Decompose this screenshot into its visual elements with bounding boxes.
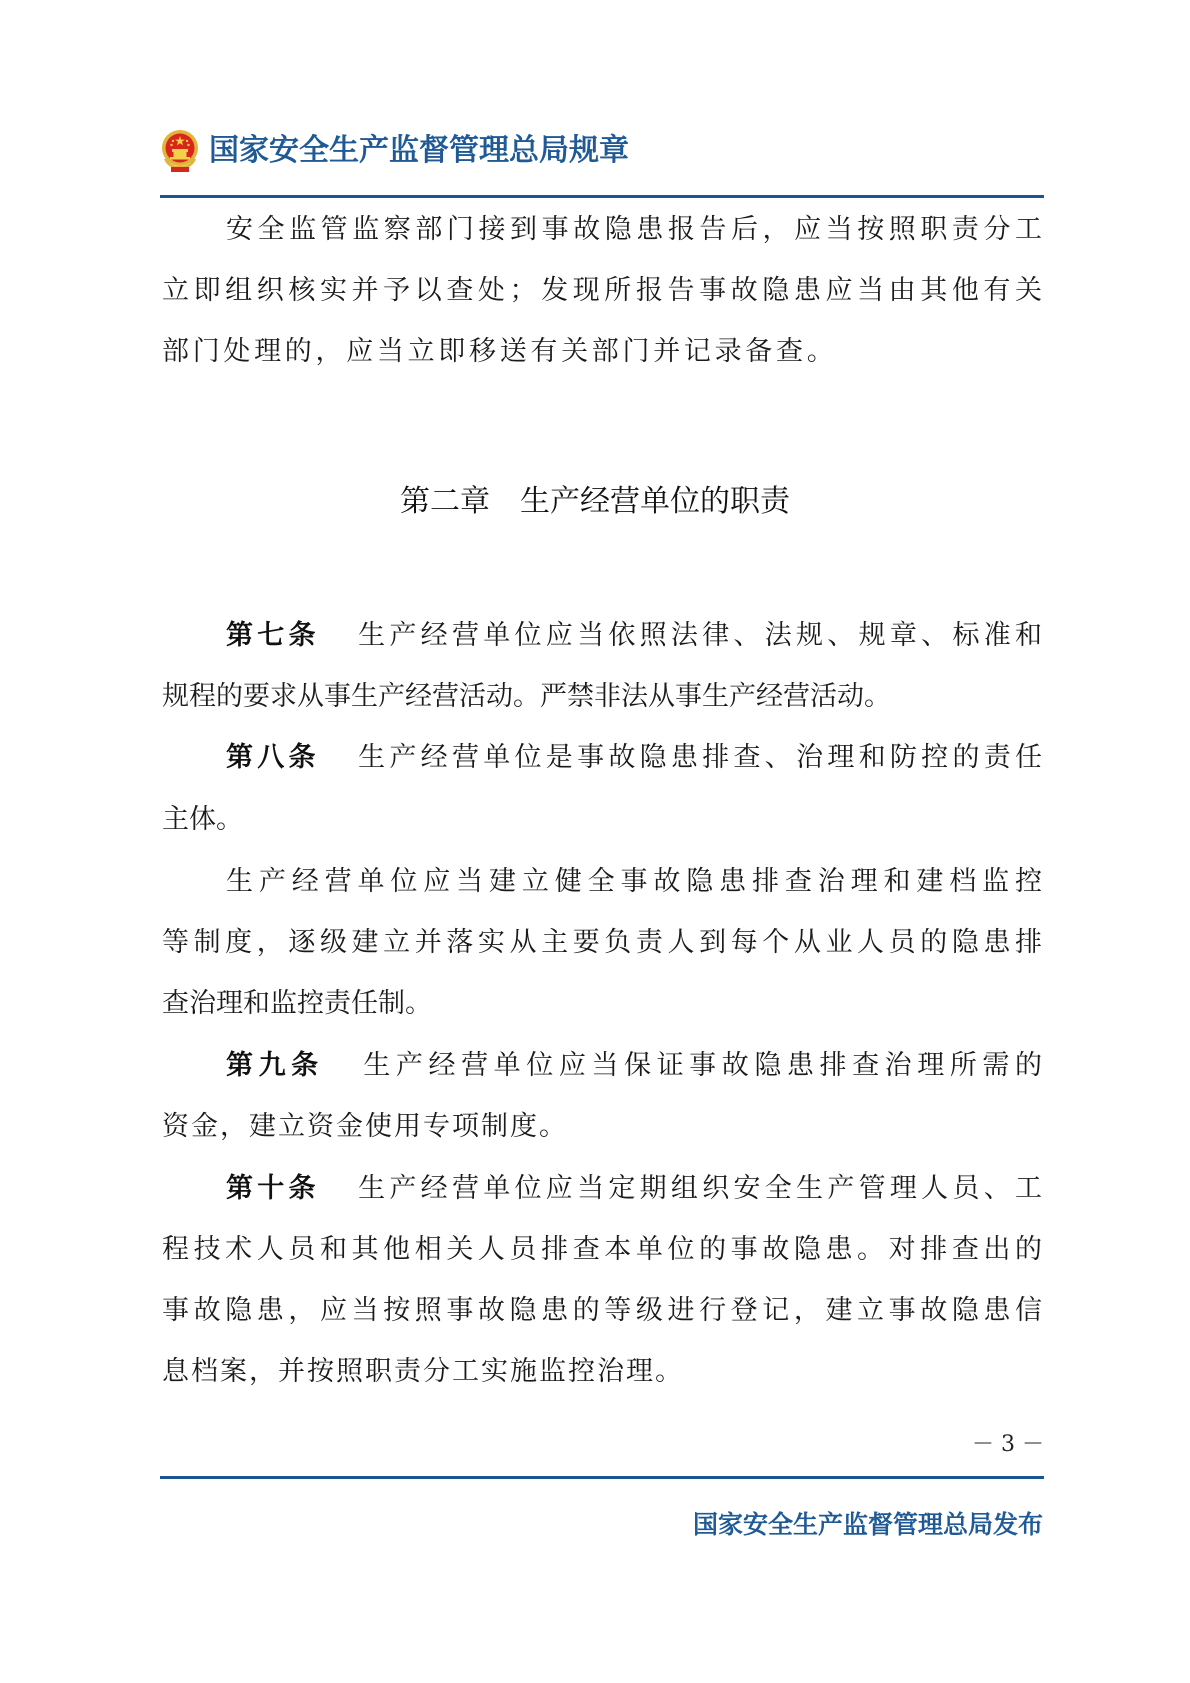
article-line: 第十条生产经营单位应当定期组织安全生产管理人员、工 bbox=[226, 1169, 1042, 1209]
article-label: 第八条 bbox=[226, 742, 320, 773]
article-line: 第九条生产经营单位应当保证事故隐患排查治理所需的 bbox=[226, 1046, 1042, 1086]
article-line: 息档案，并按照职责分工实施监控治理。 bbox=[162, 1352, 1042, 1392]
article-line: 事故隐患，应当按照事故隐患的等级进行登记，建立事故隐患信 bbox=[162, 1291, 1042, 1331]
article-text: 生产经营单位应当依照法律、法规、规章、标准和 bbox=[354, 620, 1042, 651]
article-label: 第七条 bbox=[226, 620, 320, 651]
paragraph-line: 安全监管监察部门接到事故隐患报告后，应当按照职责分工 bbox=[226, 210, 1042, 250]
article-line: 第七条生产经营单位应当依照法律、法规、规章、标准和 bbox=[226, 616, 1042, 656]
article-label: 第九条 bbox=[226, 1050, 324, 1081]
article-label: 第十条 bbox=[226, 1173, 320, 1204]
article-line: 资金，建立资金使用专项制度。 bbox=[162, 1107, 1042, 1147]
article-line: 程技术人员和其他相关人员排查本单位的事故隐患。对排查出的 bbox=[162, 1230, 1042, 1270]
document-header: 国家安全生产监督管理总局规章 bbox=[160, 126, 629, 176]
article-line: 第八条生产经营单位是事故隐患排查、治理和防控的责任 bbox=[226, 738, 1042, 778]
header-divider bbox=[160, 195, 1044, 198]
paragraph-line: 生产经营单位应当建立健全事故隐患排查治理和建档监控 bbox=[226, 862, 1042, 902]
article-text: 生产经营单位应当保证事故隐患排查治理所需的 bbox=[358, 1050, 1042, 1081]
article-text: 生产经营单位是事故隐患排查、治理和防控的责任 bbox=[354, 742, 1042, 773]
article-line: 主体。 bbox=[162, 800, 1042, 840]
article-text: 生产经营单位应当定期组织安全生产管理人员、工 bbox=[354, 1173, 1042, 1204]
paragraph-line: 部门处理的，应当立即移送有关部门并记录备查。 bbox=[162, 332, 1042, 372]
header-title: 国家安全生产监督管理总局规章 bbox=[209, 136, 629, 166]
paragraph-line: 查治理和监控责任制。 bbox=[162, 984, 1042, 1024]
article-line: 规程的要求从事生产经营活动。严禁非法从事生产经营活动。 bbox=[162, 677, 1042, 717]
page-number: － 3 － bbox=[960, 1430, 1044, 1460]
footer-divider bbox=[160, 1476, 1044, 1479]
paragraph-line: 立即组织核实并予以查处；发现所报告事故隐患应当由其他有关 bbox=[162, 271, 1042, 311]
footer-publisher: 国家安全生产监督管理总局发布 bbox=[693, 1508, 1043, 1542]
paragraph-line: 等制度，逐级建立并落实从主要负责人到每个从业人员的隐患排 bbox=[162, 923, 1042, 963]
chapter-heading: 第二章 生产经营单位的职责 bbox=[0, 482, 1190, 522]
national-emblem-icon bbox=[160, 129, 200, 173]
